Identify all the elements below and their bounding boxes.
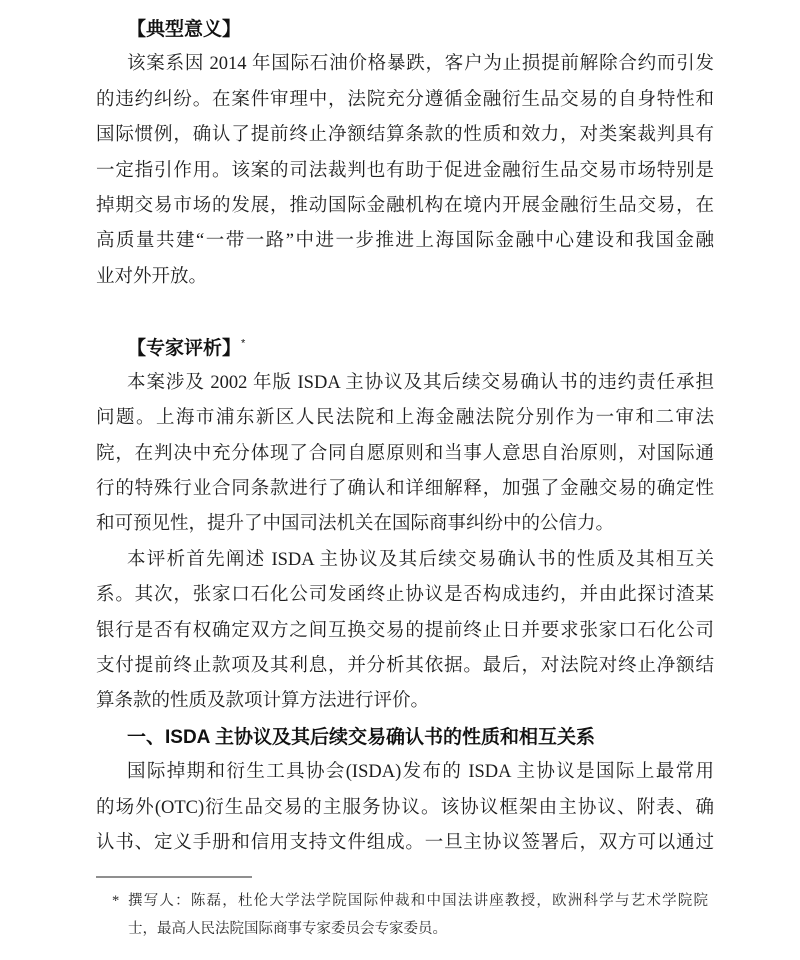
- paragraph-line: 院，在判决中充分体现了合同自愿原则和当事人意思自治原则，对国际通: [96, 437, 714, 472]
- section-heading-expert-commentary: 【专家评析】*: [96, 331, 714, 366]
- blank-line: [96, 295, 714, 330]
- subheading-isda-master-agreement: 一、ISDA 主协议及其后续交易确认书的性质和相互关系: [96, 720, 714, 755]
- paragraph-line: 和可预见性，提升了中国司法机关在国际商事纠纷中的公信力。: [96, 507, 714, 542]
- paragraph-line: 支付提前终止款项及其利息，并分析其依据。最后，对法院对终止净额结: [96, 649, 714, 684]
- footnote: * 撰写人：陈磊，杜伦大学法学院国际仲裁和中国法讲座教授，欧洲科学与艺术学院院 …: [96, 887, 708, 943]
- paragraph-line: 国际掉期和衍生工具协会(ISDA)发布的 ISDA 主协议是国际上最常用: [96, 755, 714, 790]
- paragraph-line: 本评析首先阐述 ISDA 主协议及其后续交易确认书的性质及其相互关: [96, 543, 714, 578]
- paragraph-line: 本案涉及 2002 年版 ISDA 主协议及其后续交易确认书的违约责任承担: [96, 366, 714, 401]
- footnote-divider: [96, 876, 252, 878]
- section-heading-label: 【专家评析】: [127, 338, 241, 359]
- paragraph-line: 国际惯例，确认了提前终止净额结算条款的性质和效力，对类案裁判具有: [96, 118, 714, 153]
- section-heading-typical-significance: 【典型意义】: [96, 12, 714, 47]
- paragraph-line: 认书、定义手册和信用支持文件组成。一旦主协议签署后，双方可以通过: [96, 826, 714, 861]
- paragraph-line: 算条款的性质及款项计算方法进行评价。: [96, 684, 714, 719]
- footnote-line: 士，最高人民法院国际商事专家委员会专家委员。: [128, 915, 708, 943]
- paragraph-line: 银行是否有权确定双方之间互换交易的提前终止日并要求张家口石化公司: [96, 614, 714, 649]
- paragraph-line: 一定指引作用。该案的司法裁判也有助于促进金融衍生品交易市场特别是: [96, 154, 714, 189]
- footnote-marker: *: [112, 887, 119, 915]
- footnote-line: 撰写人：陈磊，杜伦大学法学院国际仲裁和中国法讲座教授，欧洲科学与艺术学院院: [128, 887, 708, 915]
- paragraph-line: 问题。上海市浦东新区人民法院和上海金融法院分别作为一审和二审法: [96, 401, 714, 436]
- paragraph-line: 的场外(OTC)衍生品交易的主服务协议。该协议框架由主协议、附表、确: [96, 791, 714, 826]
- paragraph-line: 掉期交易市场的发展，推动国际金融机构在境内开展金融衍生品交易，在: [96, 189, 714, 224]
- footnote-reference-marker: *: [241, 337, 245, 349]
- page-text-block: 【典型意义】 该案系因 2014 年国际石油价格暴跌，客户为止损提前解除合约而引…: [96, 0, 714, 943]
- paragraph-line: 高质量共建“一带一路”中进一步推进上海国际金融中心建设和我国金融: [96, 224, 714, 259]
- paragraph-line: 该案系因 2014 年国际石油价格暴跌，客户为止损提前解除合约而引发: [96, 47, 714, 82]
- paragraph-line: 的违约纠纷。在案件审理中，法院充分遵循金融衍生品交易的自身特性和: [96, 83, 714, 118]
- paragraph-line: 行的特殊行业合同条款进行了确认和详细解释，加强了金融交易的确定性: [96, 472, 714, 507]
- paragraph-line: 业对外开放。: [96, 260, 714, 295]
- paragraph-line: 系。其次，张家口石化公司发函终止协议是否构成违约，并由此探讨渣某: [96, 578, 714, 613]
- document-page: 【典型意义】 该案系因 2014 年国际石油价格暴跌，客户为止损提前解除合约而引…: [0, 0, 800, 960]
